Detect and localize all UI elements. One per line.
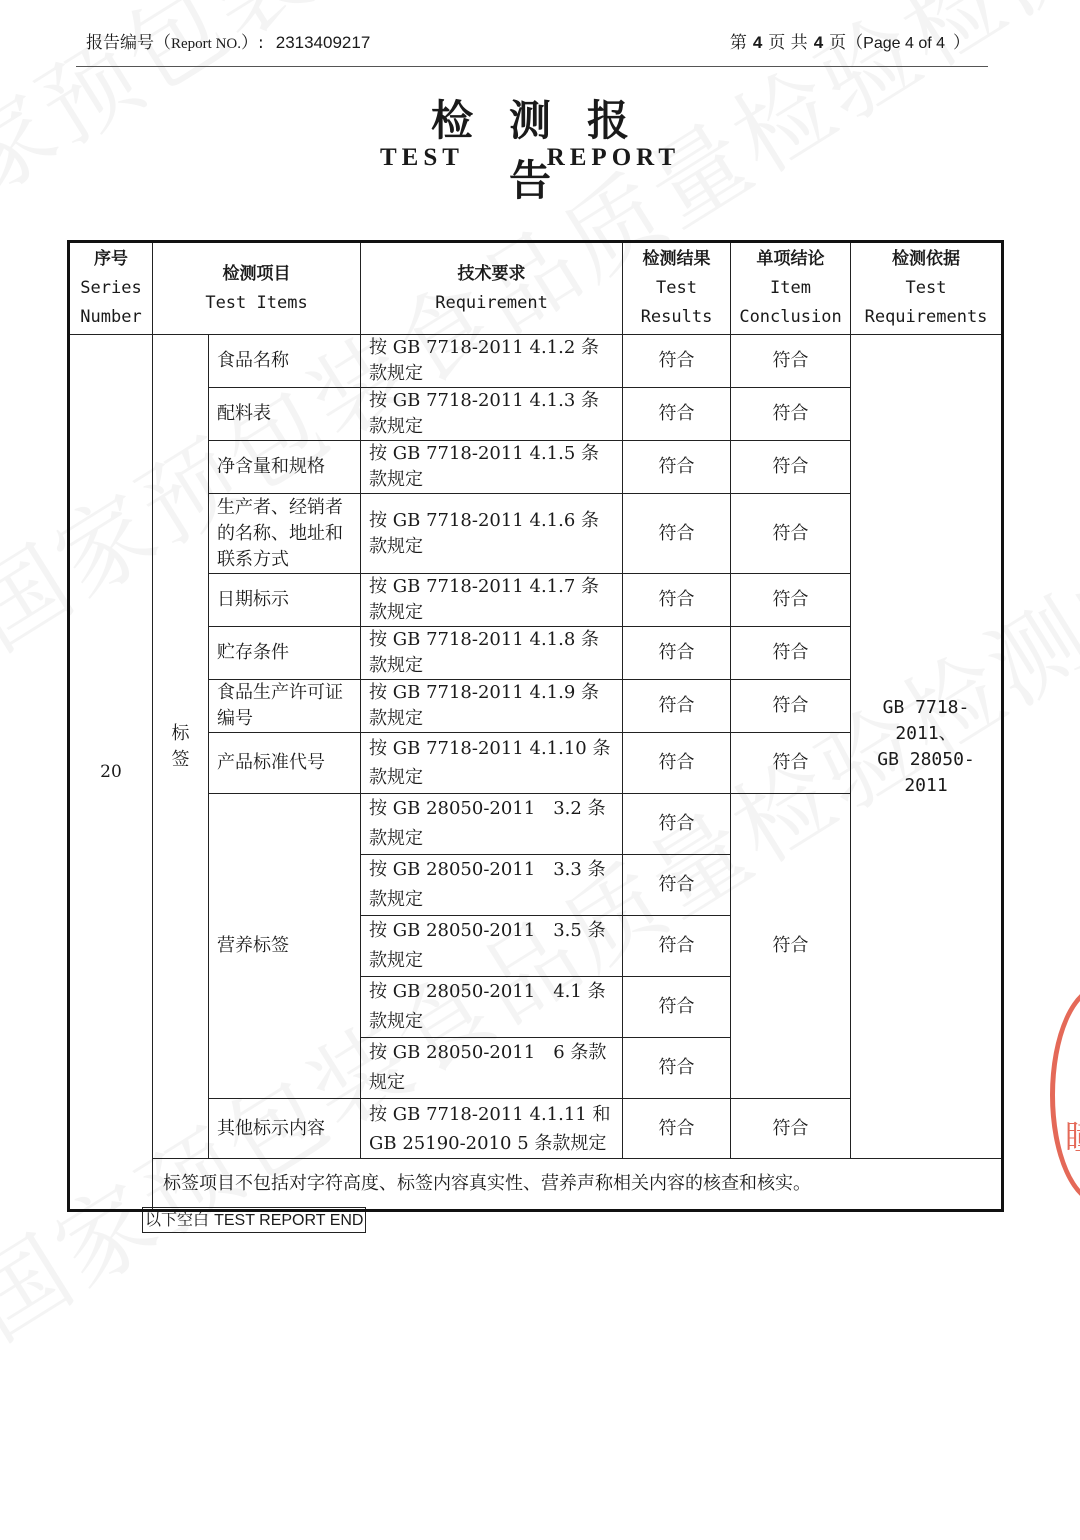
item-name: 配料表 [209, 388, 361, 441]
result: 符合 [623, 335, 731, 388]
requirement: 按 GB 7718-2011 4.1.9 条款规定 [361, 680, 623, 733]
requirement: 按 GB 7718-2011 4.1.8 条款规定 [361, 627, 623, 680]
page-title-en: TEST REPORT [380, 144, 680, 172]
table-header-row: 序号 Series Number 检测项目 Test Items 技术要求 Re… [69, 242, 1003, 335]
header-requirement: 技术要求 Requirement [361, 242, 623, 335]
page-en: Page 4 of 4 [863, 35, 945, 52]
page-total: 4 [814, 33, 823, 52]
conclusion: 符合 [731, 680, 851, 733]
conclusion-nutrition: 符合 [731, 794, 851, 1099]
requirement: 按 GB 7718-2011 4.1.11 和 GB 25190-2010 5 … [361, 1099, 623, 1159]
conclusion: 符合 [731, 1099, 851, 1159]
basis-line-2: GB 28050-2011 [859, 747, 993, 799]
test-basis: GB 7718-2011、 GB 28050-2011 [851, 335, 1003, 1159]
result: 符合 [623, 977, 731, 1038]
result: 符合 [623, 494, 731, 574]
conclusion: 符合 [731, 733, 851, 794]
result: 符合 [623, 680, 731, 733]
header-conclusion: 单项结论 Item Conclusion [731, 242, 851, 335]
page-suffix: ） [953, 33, 970, 53]
header-basis-cn: 检测依据 [853, 245, 999, 274]
series-number: 20 [69, 335, 153, 1211]
header-series: 序号 Series Number [69, 242, 153, 335]
table-note-row: 标签项目不包括对字符高度、标签内容真实性、营养声称相关内容的核查和核实。 [69, 1159, 1003, 1211]
end-mark-cn: 以下空白 [145, 1210, 209, 1229]
header-basis-en1: Test [853, 274, 999, 303]
item-name: 日期标示 [209, 574, 361, 627]
header-divider [76, 66, 988, 67]
conclusion: 符合 [731, 574, 851, 627]
title-en-right: REPORT [547, 144, 680, 172]
report-no-label-en: Report NO. [171, 36, 241, 52]
result: 符合 [623, 441, 731, 494]
header-test-items: 检测项目 Test Items [153, 242, 361, 335]
item-name: 其他标示内容 [209, 1099, 361, 1159]
result: 符合 [623, 794, 731, 855]
header-results-en2: Results [625, 303, 728, 332]
header-conclusion-en1: Item [733, 274, 848, 303]
result: 符合 [623, 574, 731, 627]
result: 符合 [623, 1099, 731, 1159]
report-number: 报告编号（Report NO.）:2313409217 [86, 28, 370, 53]
requirement: 按 GB 7718-2011 4.1.5 条款规定 [361, 441, 623, 494]
result: 符合 [623, 916, 731, 977]
requirement: 按 GB 7718-2011 4.1.3 条款规定 [361, 388, 623, 441]
conclusion: 符合 [731, 388, 851, 441]
page-prefix: 第 [730, 33, 747, 53]
result: 符合 [623, 1038, 731, 1099]
official-seal-stamp: 瞳 [1050, 985, 1080, 1205]
header-req-en: Requirement [363, 289, 620, 318]
table-row: 20 标签 食品名称 按 GB 7718-2011 4.1.2 条款规定 符合 … [69, 335, 1003, 388]
conclusion: 符合 [731, 441, 851, 494]
end-mark-en: TEST REPORT END [214, 1212, 363, 1229]
item-name: 贮存条件 [209, 627, 361, 680]
requirement: 按 GB 7718-2011 4.1.10 条款规定 [361, 733, 623, 794]
header-req-cn: 技术要求 [363, 260, 620, 289]
page-mid: 页 共 [768, 33, 807, 53]
test-results-table: 序号 Series Number 检测项目 Test Items 技术要求 Re… [67, 240, 1004, 1212]
category-label: 标签 [153, 335, 209, 1159]
header-series-en1: Series [72, 274, 150, 303]
header-conclusion-en2: Conclusion [733, 303, 848, 332]
title-en-left: TEST [380, 144, 464, 172]
item-name: 生产者、经销者的名称、地址和联系方式 [209, 494, 361, 574]
requirement: 按 GB 7718-2011 4.1.7 条款规定 [361, 574, 623, 627]
requirement: 按 GB 7718-2011 4.1.6 条款规定 [361, 494, 623, 574]
requirement: 按 GB 28050-2011 4.1 条款规定 [361, 977, 623, 1038]
result: 符合 [623, 627, 731, 680]
table-note: 标签项目不包括对字符高度、标签内容真实性、营养声称相关内容的核查和核实。 [153, 1159, 1003, 1211]
header-conclusion-cn: 单项结论 [733, 245, 848, 274]
conclusion: 符合 [731, 494, 851, 574]
header-series-cn: 序号 [72, 245, 150, 274]
header-results-cn: 检测结果 [625, 245, 728, 274]
basis-line-1: GB 7718-2011、 [859, 695, 993, 747]
page-mid2: 页（ [829, 33, 863, 53]
header-items-cn: 检测项目 [155, 260, 358, 289]
header-results: 检测结果 Test Results [623, 242, 731, 335]
item-name: 净含量和规格 [209, 441, 361, 494]
header-basis-en2: Requirements [853, 303, 999, 332]
category-text: 标签 [171, 721, 191, 773]
requirement: 按 GB 7718-2011 4.1.2 条款规定 [361, 335, 623, 388]
requirement: 按 GB 28050-2011 3.3 条款规定 [361, 855, 623, 916]
report-no-value: 2313409217 [276, 33, 371, 52]
header-basis: 检测依据 Test Requirements [851, 242, 1003, 335]
header-series-en2: Number [72, 303, 150, 332]
page-indicator: 第4页 共4页（Page 4 of 4） [730, 28, 970, 53]
conclusion: 符合 [731, 335, 851, 388]
item-name-nutrition: 营养标签 [209, 794, 361, 1099]
result: 符合 [623, 855, 731, 916]
header-results-en1: Test [625, 274, 728, 303]
page-current: 4 [753, 33, 762, 52]
item-name: 产品标准代号 [209, 733, 361, 794]
item-name: 食品生产许可证编号 [209, 680, 361, 733]
seal-text: 瞳 [1065, 1110, 1080, 1159]
result: 符合 [623, 733, 731, 794]
result: 符合 [623, 388, 731, 441]
header-items-en: Test Items [155, 289, 358, 318]
report-no-label: 报告编号（ [86, 33, 171, 53]
requirement: 按 GB 28050-2011 3.2 条款规定 [361, 794, 623, 855]
requirement: 按 GB 28050-2011 3.5 条款规定 [361, 916, 623, 977]
requirement: 按 GB 28050-2011 6 条款规定 [361, 1038, 623, 1099]
page-header: 报告编号（Report NO.）:2313409217 第4页 共4页（Page… [76, 28, 988, 54]
item-name: 食品名称 [209, 335, 361, 388]
conclusion: 符合 [731, 627, 851, 680]
report-no-label-end: ）: [241, 33, 264, 53]
